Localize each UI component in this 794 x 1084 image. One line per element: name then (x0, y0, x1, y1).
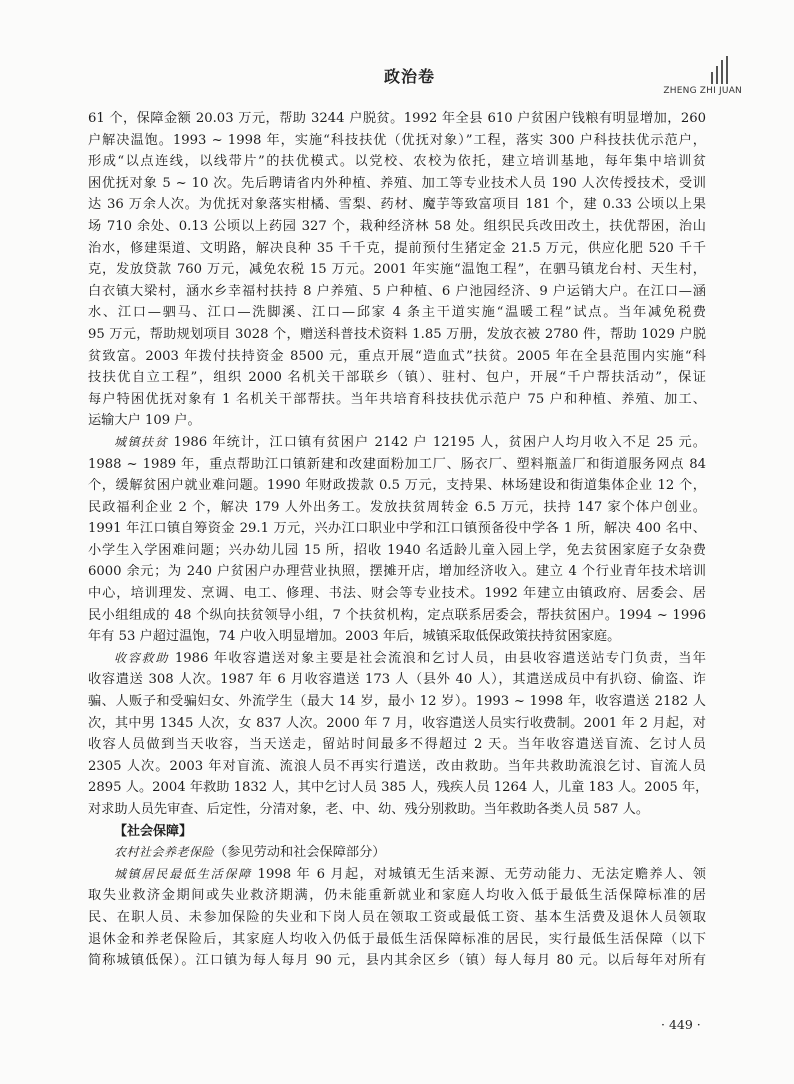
line-text: 白衣镇大梁村，涵水乡幸福村扶持 8 户养殖、5 户种植、6 户池园经济、9 户运… (88, 284, 706, 299)
text-line: 收容救助 1986 年收容遣送对象主要是社会流浪和乞讨人员，由县收容遣送站专门负… (88, 648, 706, 670)
text-line: 2895 人。2004 年救助 1832 人，其中乞讨人员 385 人，残疾人员… (88, 777, 706, 799)
running-title: 政治卷 (384, 64, 435, 87)
line-text: 年有 53 户超过温饱，74 户收入明显增加。2003 年后，城镇采取低保政策扶… (88, 629, 620, 644)
text-line: 2305 人次。2003 年对盲流、流浪人员不再实行遣送，改由救助。当年共救助流… (88, 756, 706, 778)
text-line: 城镇扶贫 1986 年统计，江口镇有贫困户 2142 户 12195 人，贫困户… (88, 432, 706, 454)
line-text: 收容人员做到当天收容，当天送走，留站时间最多不得超过 2 天。当年收容遣送盲流、… (88, 737, 706, 752)
line-text: （参见劳动和社会保障部分） (214, 845, 385, 860)
text-line: 场 710 余处、0.13 公顷以上药园 327 个，栽种经济林 58 处。组织… (88, 216, 706, 238)
body-text: 61 个，保障金额 20.03 万元，帮助 3244 户脱贫。1992 年全县 … (88, 108, 706, 972)
line-text: 治水，修建渠道、文明路，解决良种 35 千千克，提前预付生猪定金 21.5 万元… (88, 241, 706, 256)
text-line: 白衣镇大梁村，涵水乡幸福村扶持 8 户养殖、5 户种植、6 户池园经济、9 户运… (88, 281, 706, 303)
text-line: 城镇居民最低生活保障 1998 年 6 月起，对城镇无生活来源、无劳动能力、无法… (88, 864, 706, 886)
text-line: 1991 年江口镇自筹资金 29.1 万元，兴办江口职业中学和江口镇预备役中学各… (88, 518, 706, 540)
text-line: 民、在职人员、未参加保险的失业和下岗人员在领取工资或最低工资、基本生活费及退休人… (88, 907, 706, 929)
line-text: 1991 年江口镇自筹资金 29.1 万元，兴办江口职业中学和江口镇预备役中学各… (88, 521, 706, 536)
text-line: 简称城镇低保）。江口镇为每人每月 90 元，县内其余区乡（镇）每人每月 80 元… (88, 950, 706, 972)
line-text: 形成“以点连线，以线带片”的扶优模式。以党校、农校为依托，建立培训基地，每年集中… (88, 154, 706, 169)
line-text: 小学生入学困难问题；兴办幼儿园 15 所，招收 1940 名适龄儿童入园上学，免… (88, 543, 706, 558)
line-text: 技扶优自立工程”，组织 2000 名机关干部联乡（镇）、驻村、包户，开展“千户帮… (88, 370, 706, 385)
line-text: 民、在职人员、未参加保险的失业和下岗人员在领取工资或最低工资、基本生活费及退休人… (88, 910, 706, 925)
subsection-keyword: 城镇居民最低生活保障 (114, 867, 252, 881)
line-text: 次，其中男 1345 人次，女 837 人次。2000 年 7 月，收容遣送人员… (88, 716, 706, 731)
line-text: 2305 人次。2003 年对盲流、流浪人员不再实行遣送，改由救助。当年共救助流… (88, 759, 706, 774)
text-line: 克，发放贷款 760 万元，减免农税 15 万元。2001 年实施“温饱工程”，… (88, 259, 706, 281)
text-line: 收容遣送 308 人次。1987 年 6 月收容遣送 173 人（县外 40 人… (88, 669, 706, 691)
text-line: 贫致富。2003 年拨付扶持资金 8500 元，重点开展“造血式”扶贫。2005… (88, 346, 706, 368)
line-text: 民小组组成的 48 个纵向扶贫领导小组，7 个扶贫机构，定点联系居委会，帮扶贫困… (88, 608, 706, 623)
line-text: 1986 年收容遣送对象主要是社会流浪和乞讨人员，由县收容遣送站专门负责，当年 (169, 651, 706, 666)
text-line: 61 个，保障金额 20.03 万元，帮助 3244 户脱贫。1992 年全县 … (88, 108, 706, 130)
vertical-bars-icon (711, 56, 728, 84)
line-text: 民政福利企业 2 个，解决 179 人外出务工。发放扶贫周转金 6.5 万元，扶… (88, 500, 706, 515)
line-text: 取失业救济金期间或失业救济期满，仍未能重新就业和家庭人均收入低于最低生活保障标准… (88, 888, 706, 903)
line-text: 95 万元，帮助规划项目 3028 个，赠送科普技术资料 1.85 万册，发放衣… (88, 327, 706, 342)
text-line: 每户特困优抚对象有 1 名机关干部帮扶。当年共培育科技扶优示范户 75 户和种植… (88, 389, 706, 411)
text-line: 小学生入学困难问题；兴办幼儿园 15 所，招收 1940 名适龄儿童入园上学，免… (88, 540, 706, 562)
section-heading-line: 【社会保障】 (88, 821, 706, 843)
text-line: 对求助人员先审查、后定性，分清对象，老、中、幼、残分别救助。当年救助各类人员 5… (88, 799, 706, 821)
text-line: 技扶优自立工程”，组织 2000 名机关干部联乡（镇）、驻村、包户，开展“千户帮… (88, 367, 706, 389)
line-text: 61 个，保障金额 20.03 万元，帮助 3244 户脱贫。1992 年全县 … (88, 111, 706, 126)
text-line: 形成“以点连线，以线带片”的扶优模式。以党校、农校为依托，建立培训基地，每年集中… (88, 151, 706, 173)
text-line: 中心，培训理发、烹调、电工、修理、书法、财会等专业技术。1992 年建立由镇政府… (88, 583, 706, 605)
volume-logo: ZHENG ZHI JUAN (672, 56, 742, 106)
line-text: 骗、人贩子和受骗妇女、外流学生（最大 14 岁，最小 12 岁）。1993 ~ … (88, 694, 706, 709)
subsection-keyword: 收容救助 (114, 651, 169, 665)
line-text: 困优抚对象 5 ~ 10 次。先后聘请省内外种植、养殖、加工等专业技术人员 19… (88, 176, 706, 191)
line-text: 克，发放贷款 760 万元，减免农税 15 万元。2001 年实施“温饱工程”，… (88, 262, 706, 277)
subsection-keyword: 城镇扶贫 (114, 435, 168, 449)
line-text: 1986 年统计，江口镇有贫困户 2142 户 12195 人，贫困户人均月收入… (168, 435, 706, 450)
text-line: 收容人员做到当天收容，当天送走，留站时间最多不得超过 2 天。当年收容遣送盲流、… (88, 734, 706, 756)
line-text: 场 710 余处、0.13 公顷以上药园 327 个，栽种经济林 58 处。组织… (88, 219, 706, 234)
text-line: 治水，修建渠道、文明路，解决良种 35 千千克，提前预付生猪定金 21.5 万元… (88, 238, 706, 260)
text-line: 骗、人贩子和受骗妇女、外流学生（最大 14 岁，最小 12 岁）。1993 ~ … (88, 691, 706, 713)
line-text: 水、江口—驷马、江口—洗脚溪、江口—邱家 4 条主干道实施“温暖工程”试点。当年… (88, 305, 706, 320)
line-text: 户解决温饱。1993 ~ 1998 年，实施“科技扶优（优抚对象）”工程，落实 … (88, 133, 706, 148)
text-line: 95 万元，帮助规划项目 3028 个，赠送科普技术资料 1.85 万册，发放衣… (88, 324, 706, 346)
subsection-keyword: 农村社会养老保险 (114, 845, 214, 859)
text-line: 次，其中男 1345 人次，女 837 人次。2000 年 7 月，收容遣送人员… (88, 713, 706, 735)
line-text: 每户特困优抚对象有 1 名机关干部帮扶。当年共培育科技扶优示范户 75 户和种植… (88, 392, 706, 407)
text-line: 个，缓解贫困户就业难问题。1990 年财政拨款 0.5 万元，支持果、林场建设和… (88, 475, 706, 497)
text-line: 困优抚对象 5 ~ 10 次。先后聘请省内外种植、养殖、加工等专业技术人员 19… (88, 173, 706, 195)
line-text: 2895 人。2004 年救助 1832 人，其中乞讨人员 385 人，残疾人员… (88, 780, 708, 795)
text-line: 1988 ~ 1989 年，重点帮助江口镇新建和改建面粉加工厂、肠衣厂、塑料瓶盖… (88, 454, 706, 476)
text-line: 民小组组成的 48 个纵向扶贫领导小组，7 个扶贫机构，定点联系居委会，帮扶贫困… (88, 605, 706, 627)
section-heading: 【社会保障】 (114, 824, 192, 839)
line-text: 1998 年 6 月起，对城镇无生活来源、无劳动能力、无法定赡养人、领 (252, 867, 706, 882)
text-line: 运输大户 109 户。 (88, 410, 706, 432)
text-line: 农村社会养老保险（参见劳动和社会保障部分） (88, 842, 706, 864)
line-text: 1988 ~ 1989 年，重点帮助江口镇新建和改建面粉加工厂、肠衣厂、塑料瓶盖… (88, 457, 706, 472)
text-line: 达 36 万余人次。为优抚对象落实柑橘、雪梨、药材、魔芋等致富项目 181 个，… (88, 194, 706, 216)
text-line: 退休金和养老保险后，其家庭人均收入仍低于最低生活保障标准的居民，实行最低生活保障… (88, 929, 706, 951)
line-text: 运输大户 109 户。 (88, 413, 201, 428)
line-text: 6000 余元；为 240 户贫困户办理营业执照，摆摊开店，增加经济收入。建立 … (88, 564, 706, 579)
text-line: 户解决温饱。1993 ~ 1998 年，实施“科技扶优（优抚对象）”工程，落实 … (88, 130, 706, 152)
line-text: 中心，培训理发、烹调、电工、修理、书法、财会等专业技术。1992 年建立由镇政府… (88, 586, 706, 601)
document-page: 政治卷 ZHENG ZHI JUAN 61 个，保障金额 20.03 万元，帮助… (0, 0, 794, 1084)
line-text: 对求助人员先审查、后定性，分清对象，老、中、幼、残分别救助。当年救助各类人员 5… (88, 802, 649, 817)
page-number: · 449 · (661, 1017, 701, 1032)
text-line: 民政福利企业 2 个，解决 179 人外出务工。发放扶贫周转金 6.5 万元，扶… (88, 497, 706, 519)
line-text: 贫致富。2003 年拨付扶持资金 8500 元，重点开展“造血式”扶贫。2005… (88, 349, 706, 364)
text-line: 水、江口—驷马、江口—洗脚溪、江口—邱家 4 条主干道实施“温暖工程”试点。当年… (88, 302, 706, 324)
logo-text: ZHENG ZHI JUAN (663, 86, 742, 96)
line-text: 达 36 万余人次。为优抚对象落实柑橘、雪梨、药材、魔芋等致富项目 181 个，… (88, 197, 706, 212)
line-text: 收容遣送 308 人次。1987 年 6 月收容遣送 173 人（县外 40 人… (88, 672, 706, 687)
text-line: 取失业救济金期间或失业救济期满，仍未能重新就业和家庭人均收入低于最低生活保障标准… (88, 885, 706, 907)
line-text: 简称城镇低保）。江口镇为每人每月 90 元，县内其余区乡（镇）每人每月 80 元… (88, 953, 706, 968)
text-line: 6000 余元；为 240 户贫困户办理营业执照，摆摊开店，增加经济收入。建立 … (88, 561, 706, 583)
text-line: 年有 53 户超过温饱，74 户收入明显增加。2003 年后，城镇采取低保政策扶… (88, 626, 706, 648)
line-text: 退休金和养老保险后，其家庭人均收入仍低于最低生活保障标准的居民，实行最低生活保障… (88, 932, 706, 947)
line-text: 个，缓解贫困户就业难问题。1990 年财政拨款 0.5 万元，支持果、林场建设和… (88, 478, 706, 493)
